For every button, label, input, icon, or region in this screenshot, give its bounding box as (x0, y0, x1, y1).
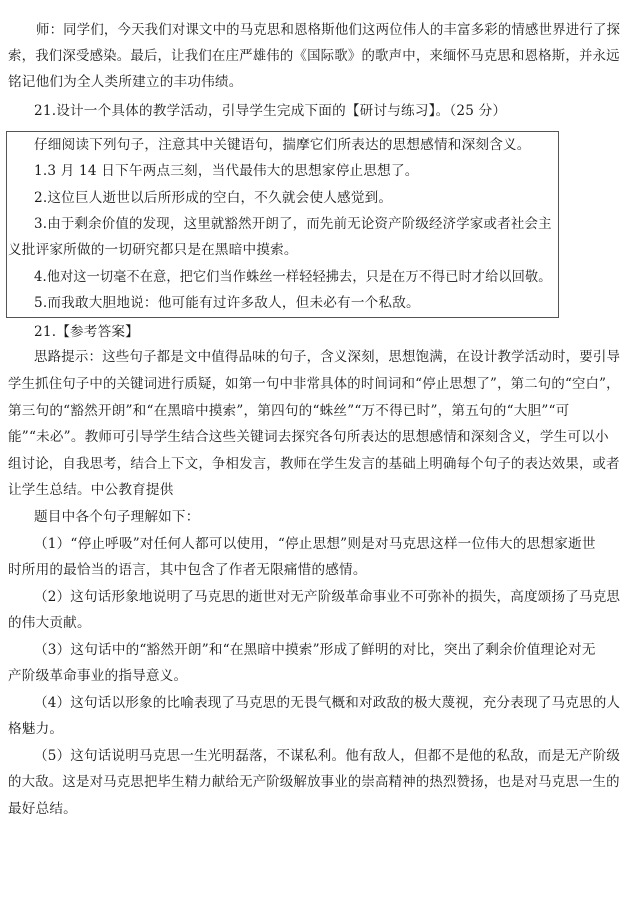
explanation-5-line-1: （5）这句话说明马克思一生光明磊落，不谋私利。他有敌人，但都不是他的私敌，而是无… (34, 747, 620, 765)
exercise-item-3: 3.由于剩余价值的发现，这里就豁然开朗了，而先前无论资产阶级经济学家或者社会主 (34, 215, 552, 233)
document-page: 师：同学们，今天我们对课文中的马克思和恩格斯他们这两位伟人的丰富多彩的情感世界进… (0, 0, 626, 900)
hint-line-6: 让学生总结。中公教育提供 (8, 481, 174, 499)
hint-line-2: 学生抓住句子中的关键词进行质疑，如第一句中非常具体的时间词和“停止思想了”，第二… (8, 375, 620, 393)
explanation-5-line-3: 最好总结。 (8, 800, 77, 818)
hint-line-3: 第三句的“豁然开朗”和“在黑暗中摸索”，第四句的“蛛丝”“万不得已时”，第五句的… (8, 402, 569, 420)
exercise-item-3-cont: 义批评家所做的一切研究都只是在黑暗中摸索。 (8, 241, 298, 259)
exercise-item-1: 1.3 月 14 日下午两点三刻，当代最伟大的思想家停止思想了。 (34, 162, 419, 180)
intro-line-3: 铭记他们为全人类所建立的丰功伟绩。 (8, 73, 243, 91)
exercise-item-4: 4.他对这一切毫不在意，把它们当作蛛丝一样轻轻拂去，只是在万不得已时才给以回敬。 (34, 268, 552, 286)
answer-subtitle: 题目中各个句子理解如下： (34, 508, 200, 526)
explanation-4-line-1: （4）这句话以形象的比喻表现了马克思的无畏气概和对政敌的极大蔑视，充分表现了马克… (34, 694, 620, 712)
explanation-2-line-1: （2）这句话形象地说明了马克思的逝世对无产阶级革命事业不可弥补的损失，高度颂扬了… (34, 588, 620, 606)
intro-line-1: 师：同学们，今天我们对课文中的马克思和恩格斯他们这两位伟人的丰富多彩的情感世界进… (36, 21, 620, 39)
explanation-3-line-2: 产阶级革命事业的指导意义。 (8, 667, 187, 685)
explanation-1-line-2: 时所用的最恰当的语言，其中包含了作者无限痛惜的感情。 (8, 561, 367, 579)
hint-line-4: 能”“未必”。教师可引导学生结合这些关键词去探究各句所表达的思想感情和深刻含义，… (8, 428, 609, 446)
explanation-2-line-2: 的伟大贡献。 (8, 614, 91, 632)
hint-line-1: 思路提示：这些句子都是文中值得品味的句子，含义深刻，思想饱满，在设计教学活动时，… (34, 348, 620, 366)
question-title: 21.设计一个具体的教学活动，引导学生完成下面的【研讨与练习】。（25 分） (34, 102, 506, 120)
exercise-item-2: 2.这位巨人逝世以后所形成的空白，不久就会使人感觉到。 (34, 189, 392, 207)
exercise-item-5: 5.而我敢大胆地说：他可能有过许多敌人，但未必有一个私敌。 (34, 294, 420, 312)
exercise-instruction: 仔细阅读下列句子，注意其中关键语句，揣摩它们所表达的思想感情和深刻含义。 (34, 136, 531, 154)
answer-title: 21.【参考答案】 (34, 323, 139, 341)
explanation-1-line-1: （1）“停止呼吸”对任何人都可以使用，“停止思想”则是对马克思这样一位伟大的思想… (34, 535, 596, 553)
hint-line-5: 组讨论，自我思考，结合上下文，争相发言，教师在学生发言的基础上明确每个句子的表达… (8, 455, 620, 473)
explanation-4-line-2: 格魅力。 (8, 720, 63, 738)
explanation-3-line-1: （3）这句话中的“豁然开朗”和“在黑暗中摸索”形成了鲜明的对比，突出了剩余价值理… (34, 641, 596, 659)
intro-line-2: 索，我们深受感染。最后，让我们在庄严雄伟的《国际歌》的歌声中，来缅怀马克思和恩格… (8, 47, 620, 65)
explanation-5-line-2: 的大敌。这是对马克思把毕生精力献给无产阶级解放事业的崇高精神的热烈赞扬，也是对马… (8, 773, 620, 791)
